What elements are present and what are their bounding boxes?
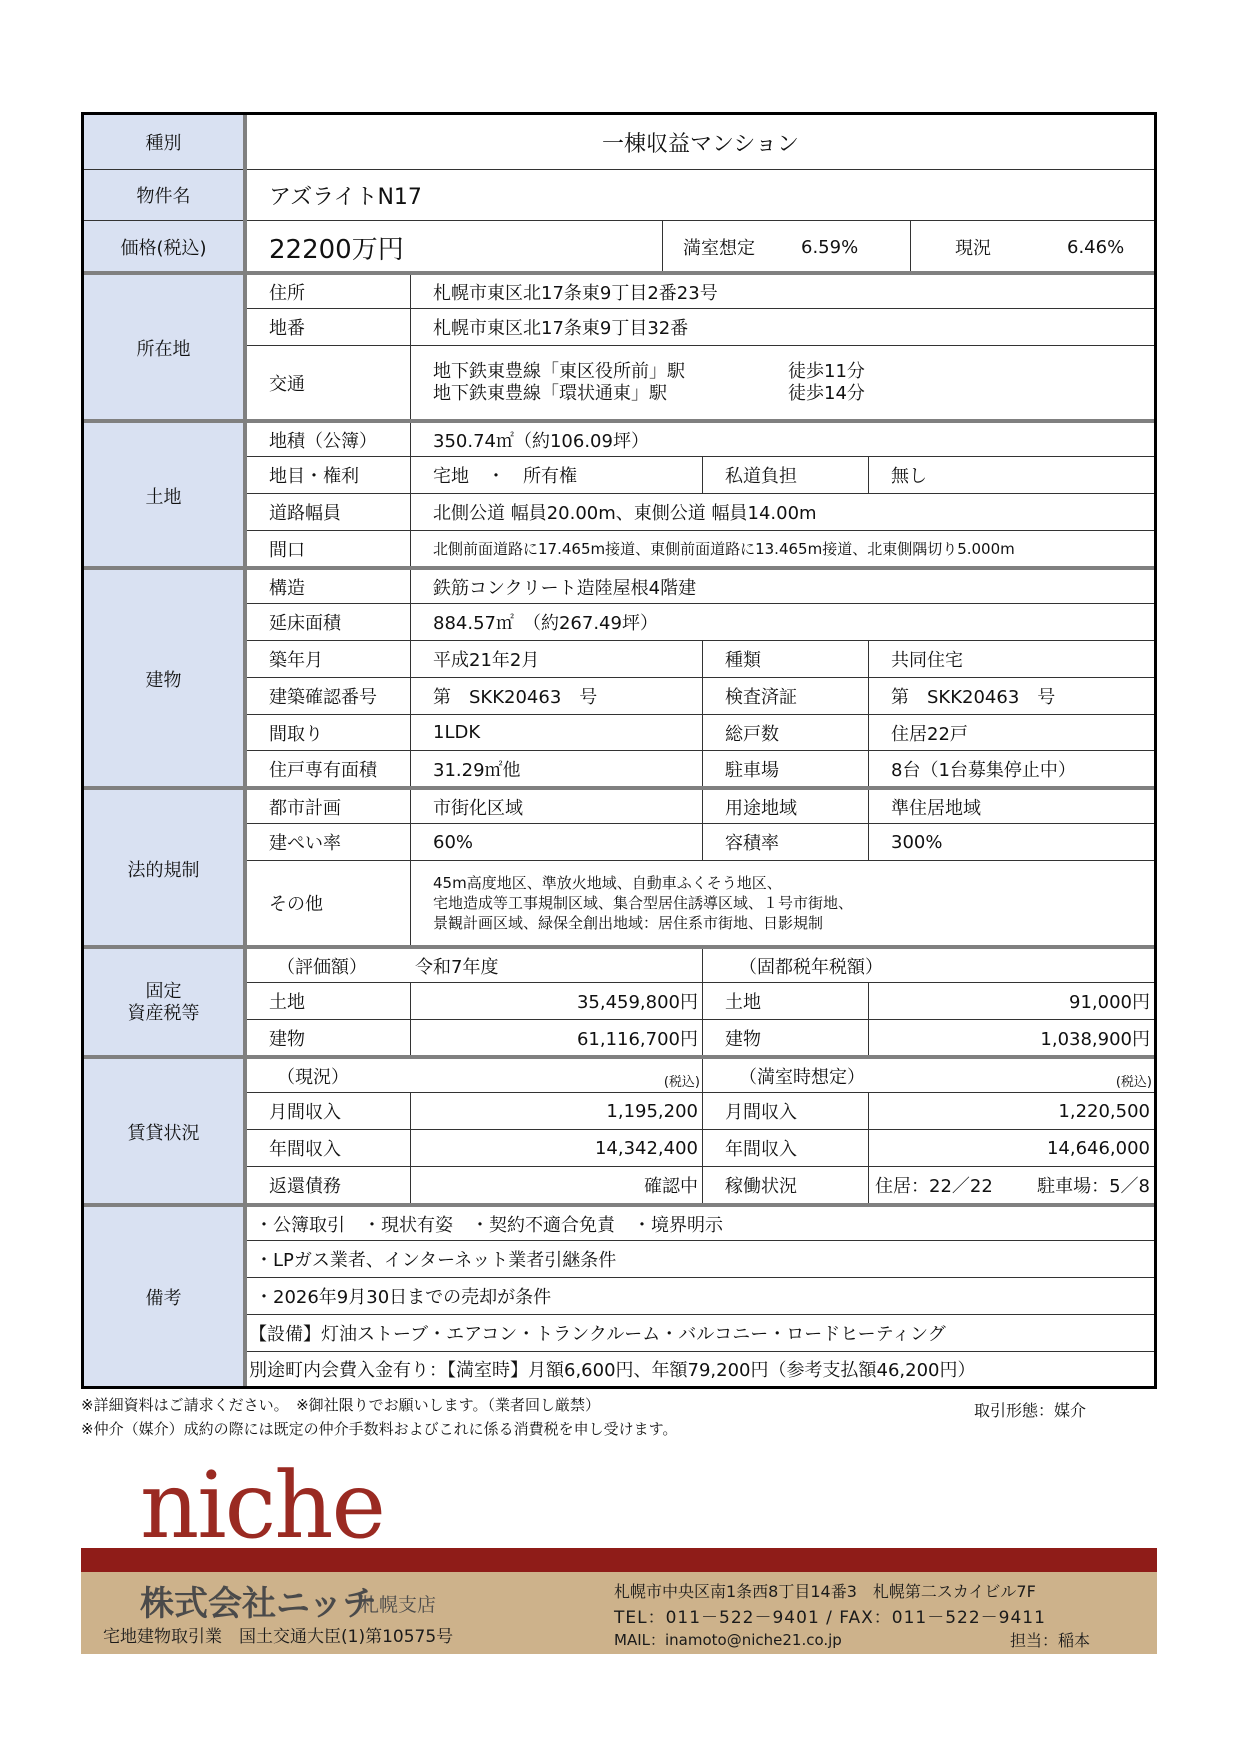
yield-full-label: 満室想定 <box>683 234 755 260</box>
frontage-value: 北側前面道路に17.465m接道、東側前面道路に13.465m接道、北東側隅切り… <box>411 531 1154 566</box>
building-section-label: 建物 <box>84 570 243 788</box>
occupancy-value: 住居：22／22 駐車場：5／8 <box>869 1167 1154 1203</box>
footer-red-band <box>81 1548 1157 1572</box>
structure-value: 鉄筋コンクリート造陸屋根4階建 <box>411 570 1154 604</box>
layout-value: 1LDK <box>411 715 703 751</box>
email-link[interactable]: MAIL：inamoto@niche21.co.jp <box>614 1629 842 1650</box>
unit-area-value: 31.29㎡他 <box>411 751 703 786</box>
remark-line: ・LPガス業者、インターネット業者引継条件 <box>247 1241 1154 1278</box>
remark-fees: 別途町内会費入金有り：【満室時】月額6,600円、年額79,200円（参考支払額… <box>247 1352 1154 1386</box>
units-label: 総戸数 <box>703 715 869 751</box>
access-item: 地下鉄東豊線「環状通東」駅徒歩14分 <box>433 383 865 405</box>
annual-income-label: 年間収入 <box>247 1130 411 1167</box>
built-label: 築年月 <box>247 641 411 678</box>
tax-land-assessed: 35,459,800円 <box>411 983 703 1020</box>
access-list: 地下鉄東豊線「東区役所前」駅徒歩11分 地下鉄東豊線「環状通東」駅徒歩14分 <box>411 346 1154 419</box>
niche-logo: niche <box>140 1460 384 1552</box>
annual-income-label-2: 年間収入 <box>703 1130 869 1167</box>
company-name: 株式会社ニッチ <box>140 1576 377 1625</box>
city-plan-label: 都市計画 <box>247 790 411 824</box>
legal-section-label: 法的規制 <box>84 790 243 947</box>
branch-name: 札幌支店 <box>360 1590 436 1617</box>
annual-tax-label: （固都税年税額） <box>703 949 1154 983</box>
office-address: 札幌市中央区南1条西8丁目14番3 札幌第二スカイビル7F <box>614 1579 1036 1602</box>
remarks-section-label: 備考 <box>84 1207 243 1386</box>
other-regulations-value: 45m高度地区、準放火地域、自動車ふくそう地区、 宅地造成等工事規制区域、集合型… <box>411 861 1154 945</box>
monthly-income-full: 1,220,500 <box>869 1093 1154 1130</box>
lot-label: 地番 <box>247 309 411 346</box>
access-item: 地下鉄東豊線「東区役所前」駅徒歩11分 <box>433 361 865 383</box>
property-name: アズライトN17 <box>247 170 1154 221</box>
kind-value: 共同住宅 <box>869 641 1154 678</box>
land-section-label: 土地 <box>84 423 243 568</box>
remark-line: ・2026年9月30日までの売却が条件 <box>247 1278 1154 1315</box>
contact-person: 担当：稲本 <box>1010 1628 1090 1651</box>
permit-value: 第 SKK20463 号 <box>411 678 703 715</box>
tax-land-label-2: 土地 <box>703 983 869 1020</box>
access-label: 交通 <box>247 346 411 419</box>
type-value: 一棟収益マンション <box>247 115 1154 170</box>
floor-area-value: 884.57㎡ （約267.49坪） <box>411 604 1154 641</box>
transaction-type: 取引形態：媒介 <box>974 1398 1086 1421</box>
structure-label: 構造 <box>247 570 411 604</box>
note-line-2: ※仲介（媒介）成約の際には既定の仲介手数料およびこれに係る消費税を申し受けます。 <box>81 1418 677 1439</box>
deposit-value: 確認中 <box>411 1167 703 1203</box>
remark-equipment: 【設備】灯油ストーブ・エアコン・トランクルーム・バルコニー・ロードヒーティング <box>247 1315 1154 1352</box>
tel-fax: TEL：011－522－9401 / FAX：011－522－9411 <box>614 1603 1046 1628</box>
occupancy-residence: 住居：22／22 <box>875 1172 993 1198</box>
assessed-year: 令和7年度 <box>411 949 703 983</box>
land-category-label: 地目・権利 <box>247 457 411 494</box>
tax-building-assessed: 61,116,700円 <box>411 1020 703 1055</box>
price-value: 22200万円 <box>247 221 663 273</box>
name-label: 物件名 <box>84 170 243 221</box>
address-value: 札幌市東区北17条東9丁目2番23号 <box>411 275 1154 309</box>
inspection-label: 検査済証 <box>703 678 869 715</box>
tax-building-label-2: 建物 <box>703 1020 869 1055</box>
far-value: 300% <box>869 824 1154 861</box>
tax-land-label: 土地 <box>247 983 411 1020</box>
address-label: 住所 <box>247 275 411 309</box>
yield-full: 満室想定 6.59% <box>663 221 911 273</box>
zoning-label: 用途地域 <box>703 790 869 824</box>
note-line-1: ※詳細資料はご請求ください。 ※御社限りでお願いします。（業者回し厳禁） <box>81 1394 600 1415</box>
permit-label: 建築確認番号 <box>247 678 411 715</box>
monthly-income-label-2: 月間収入 <box>703 1093 869 1130</box>
tax-section-label: 固定 資産税等 <box>84 949 243 1057</box>
units-value: 住居22戸 <box>869 715 1154 751</box>
occupancy-parking: 駐車場：5／8 <box>1037 1172 1150 1198</box>
far-label: 容積率 <box>703 824 869 861</box>
parking-value: 8台（1台募集停止中） <box>869 751 1154 786</box>
floor-area-label: 延床面積 <box>247 604 411 641</box>
monthly-income-current: 1,195,200 <box>411 1093 703 1130</box>
property-sheet: 種別 一棟収益マンション 物件名 アズライトN17 価格(税込) 22200万円… <box>81 112 1157 1389</box>
assessed-label: （評価額） <box>247 949 411 983</box>
other-regulations-label: その他 <box>247 861 411 945</box>
price-label: 価格(税込) <box>84 221 243 273</box>
lot-value: 札幌市東区北17条東9丁目32番 <box>411 309 1154 346</box>
land-area-value: 350.74㎡（約106.09坪） <box>411 423 1154 457</box>
tax-land-annual: 91,000円 <box>869 983 1154 1020</box>
occupancy-label: 稼働状況 <box>703 1167 869 1203</box>
private-road-value: 無し <box>869 457 1154 494</box>
annual-income-full: 14,646,000 <box>869 1130 1154 1167</box>
zoning-value: 準住居地域 <box>869 790 1154 824</box>
kind-label: 種類 <box>703 641 869 678</box>
tax-building-label: 建物 <box>247 1020 411 1055</box>
road-width-value: 北側公道 幅員20.00m、東側公道 幅員14.00m <box>411 494 1154 531</box>
deposit-label: 返還債務 <box>247 1167 411 1203</box>
bcr-value: 60% <box>411 824 703 861</box>
unit-area-label: 住戸専有面積 <box>247 751 411 786</box>
location-section-label: 所在地 <box>84 275 243 421</box>
parking-label: 駐車場 <box>703 751 869 786</box>
frontage-label: 間口 <box>247 531 411 566</box>
type-label: 種別 <box>84 115 243 170</box>
private-road-label: 私道負担 <box>703 457 869 494</box>
rental-section-label: 賃貸状況 <box>84 1059 243 1205</box>
yield-current-label: 現況 <box>955 234 991 260</box>
bcr-label: 建ぺい率 <box>247 824 411 861</box>
annual-income-current: 14,342,400 <box>411 1130 703 1167</box>
rental-current-header: （現況） (税込) <box>247 1059 703 1093</box>
tax-building-annual: 1,038,900円 <box>869 1020 1154 1055</box>
city-plan-value: 市街化区域 <box>411 790 703 824</box>
remark-line: ・公簿取引 ・現状有姿 ・契約不適合免責 ・境界明示 <box>247 1207 1154 1241</box>
yield-current: 現況 6.46% <box>911 221 1154 273</box>
monthly-income-label: 月間収入 <box>247 1093 411 1130</box>
yield-current-value: 6.46% <box>1067 237 1124 258</box>
yield-full-value: 6.59% <box>801 237 858 258</box>
layout-label: 間取り <box>247 715 411 751</box>
land-category-value: 宅地 ・ 所有権 <box>411 457 703 494</box>
land-area-label: 地積（公簿） <box>247 423 411 457</box>
rental-full-header: （満室時想定） (税込) <box>703 1059 1154 1093</box>
inspection-value: 第 SKK20463 号 <box>869 678 1154 715</box>
built-value: 平成21年2月 <box>411 641 703 678</box>
road-width-label: 道路幅員 <box>247 494 411 531</box>
license-number: 宅地建物取引業 国土交通大臣(1)第10575号 <box>103 1622 453 1647</box>
